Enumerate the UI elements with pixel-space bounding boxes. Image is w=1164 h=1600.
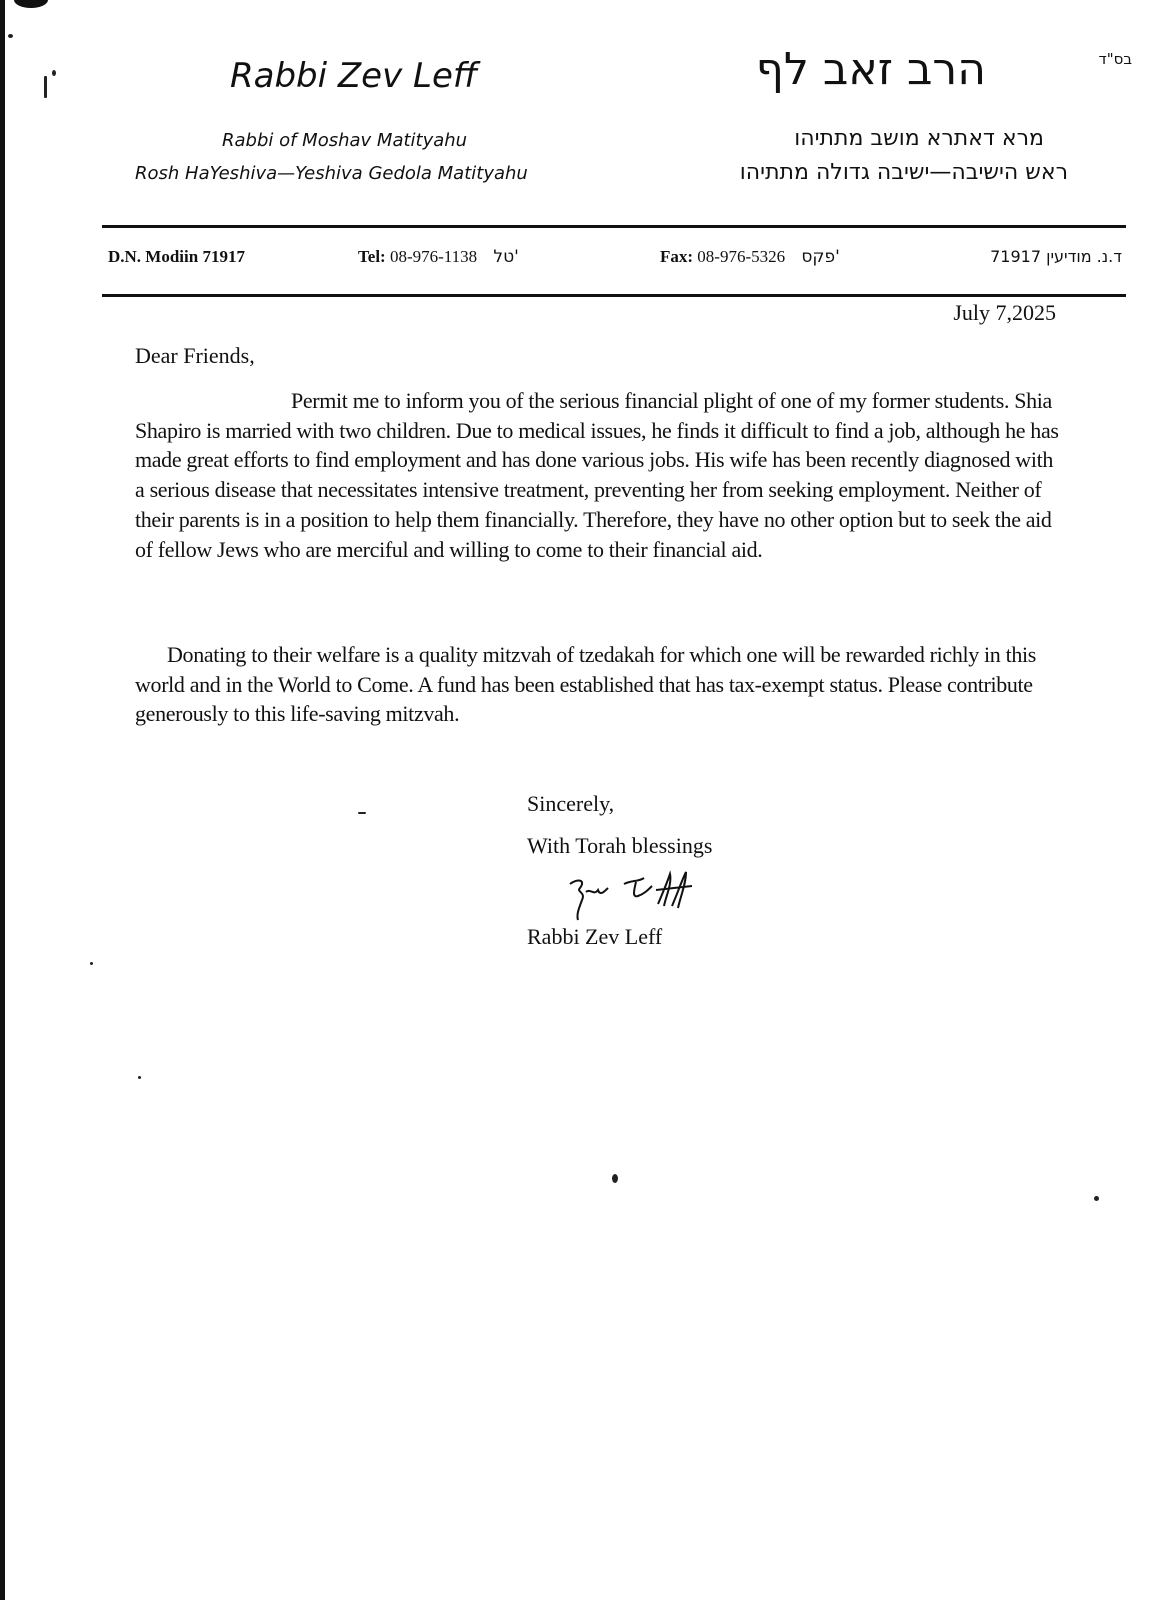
fax-label: Fax: <box>660 247 693 266</box>
scan-speck <box>1094 1196 1099 1201</box>
header-rule-bottom <box>102 294 1126 297</box>
bsd-mark: בס"ד <box>1099 50 1133 68</box>
ink-blot <box>14 0 48 8</box>
letter-page: Rabbi Zev Leff Rabbi of Moshav Matityahu… <box>0 0 1164 1600</box>
scan-speck <box>138 1076 141 1079</box>
closing-line-2: With Torah blessings <box>527 832 712 860</box>
letterhead-title-he-2: ראש הישיבה—ישיבה גדולה מתתיהו <box>740 160 1068 185</box>
closing-line-1: Sincerely, <box>527 790 712 818</box>
header-rule-top <box>102 225 1126 228</box>
letterhead-title-en-1: Rabbi of Moshav Matityahu <box>222 130 467 151</box>
body-paragraph-1: Permit me to inform you of the serious f… <box>135 386 1065 564</box>
phone: Tel: 08-976-1138 טל' <box>358 247 519 267</box>
fax: Fax: 08-976-5326 פקס' <box>660 247 840 267</box>
signer-name: Rabbi Zev Leff <box>527 924 662 950</box>
address-en: D.N. Modiin 71917 <box>108 247 245 267</box>
salutation: Dear Friends, <box>135 341 255 371</box>
body-paragraph-2: Donating to their welfare is a quality m… <box>135 640 1065 729</box>
scan-speck <box>90 962 93 965</box>
fax-label-he: פקס' <box>801 247 839 267</box>
letterhead-name-he: הרב זאב לף <box>756 44 986 95</box>
letterhead-title-en-2: Rosh HaYeshiva—Yeshiva Gedola Matityahu <box>135 163 528 184</box>
closing: Sincerely, With Torah blessings <box>527 790 712 874</box>
fax-number: 08-976-5326 <box>697 247 785 266</box>
phone-number: 08-976-1138 <box>390 247 477 266</box>
phone-label-he: טל' <box>493 247 518 267</box>
scan-speck <box>8 34 13 38</box>
scan-edge <box>0 0 5 1600</box>
signature-icon <box>560 870 710 930</box>
phone-label: Tel: <box>358 247 386 266</box>
letterhead-name-en: Rabbi Zev Leff <box>230 56 477 96</box>
scan-speck <box>44 76 47 98</box>
scan-speck <box>358 812 366 814</box>
scan-speck <box>612 1174 618 1183</box>
letter-date: July 7,2025 <box>953 298 1056 328</box>
address-he: ד.נ. מודיעין 71917 <box>990 247 1122 266</box>
scan-speck <box>52 70 56 76</box>
letterhead-title-he-1: מרא דאתרא מושב מתתיהו <box>794 126 1044 151</box>
